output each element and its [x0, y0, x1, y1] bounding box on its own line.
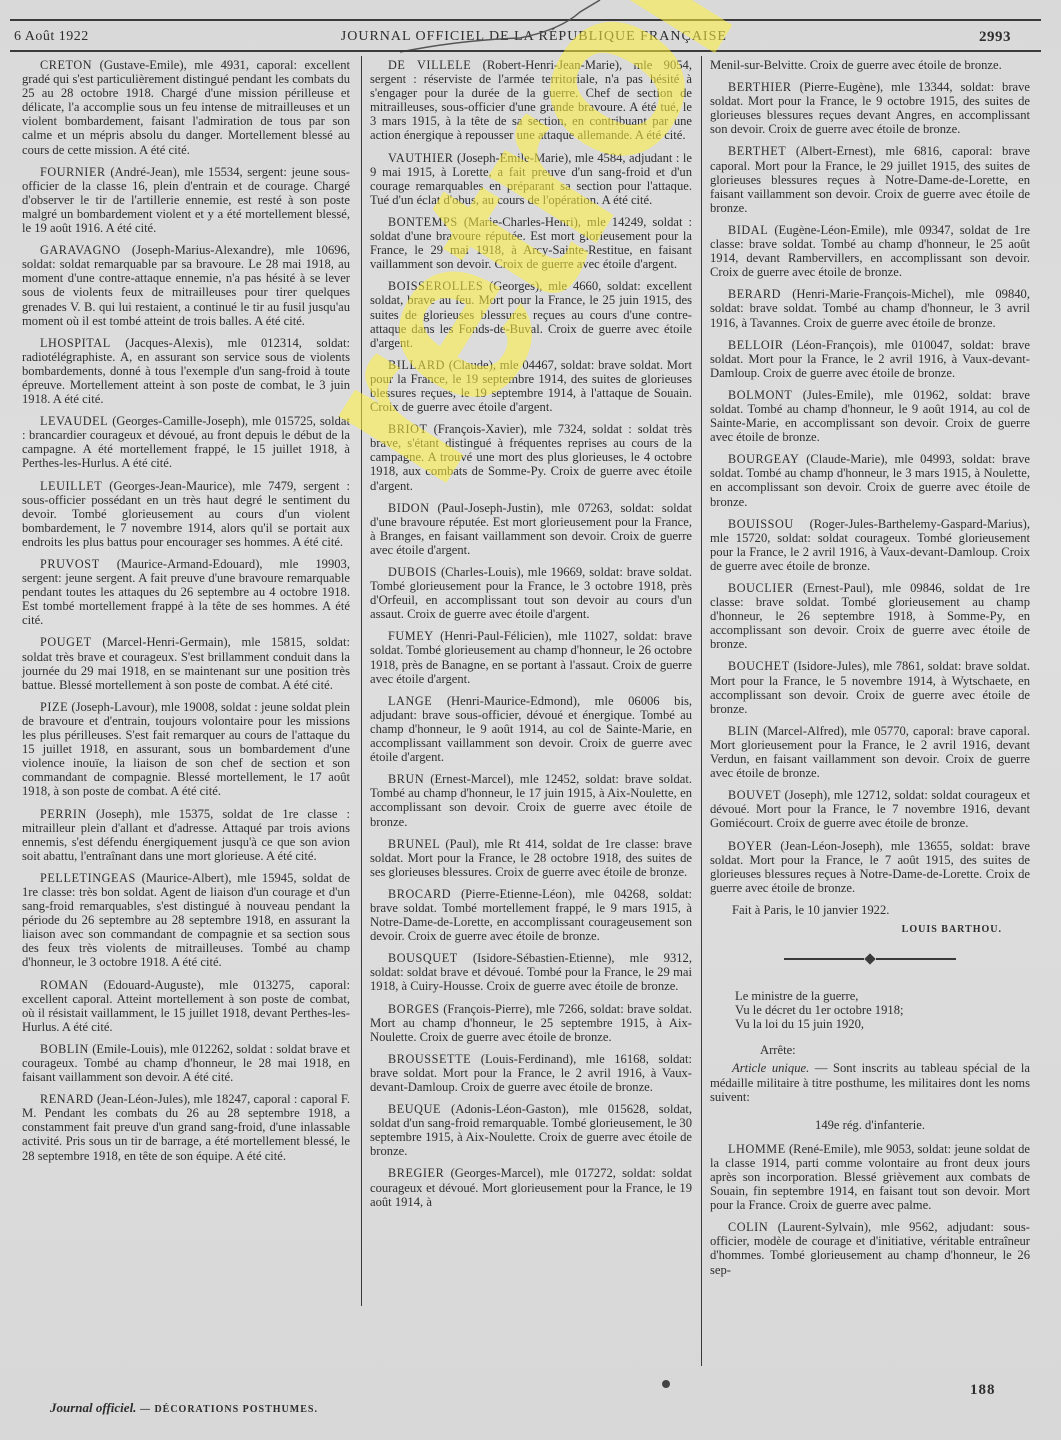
soldier-name: PELLETINGEAS [40, 871, 136, 885]
citation-entry: BIDON (Paul-Joseph-Justin), mle 07263, s… [370, 501, 692, 557]
header-title: Journal officiel de la République frança… [341, 29, 727, 45]
citation-entry: BORGES (François-Pierre), mle 7266, sold… [370, 1002, 692, 1044]
column-divider [701, 56, 702, 1366]
soldier-name: BIDON [388, 501, 430, 515]
citation-entry: BRIOT (François-Xavier), mle 7324, solda… [370, 422, 692, 492]
citation-entry: CRETON (Gustave-Emile), mle 4931, capora… [22, 58, 350, 157]
decree-line: Vu la loi du 15 juin 1920, [710, 1017, 1030, 1031]
article-unique: Article unique. — Sont inscrits au table… [710, 1061, 1030, 1103]
citation-entry: BRUN (Ernest-Marcel), mle 12452, soldat:… [370, 772, 692, 828]
soldier-name: LEVAUDEL [40, 414, 108, 428]
soldier-name: BORGES [388, 1002, 440, 1016]
citation-entry: BIDAL (Eugène-Léon-Emile), mle 09347, so… [710, 223, 1030, 279]
section-ornament [710, 955, 1030, 963]
citation-entry: DE VILLELE (Robert-Henri-Jean-Marie), ml… [370, 58, 692, 143]
column-1: CRETON (Gustave-Emile), mle 4931, capora… [22, 58, 350, 1171]
soldier-name: PIZE [40, 700, 68, 714]
signature: LOUIS BARTHOU. [710, 923, 1002, 937]
soldier-name: CRETON [40, 58, 92, 72]
citation-entry: POUGET (Marcel-Henri-Germain), mle 15815… [22, 635, 350, 691]
citation-entry: DUBOIS (Charles-Louis), mle 19669, solda… [370, 565, 692, 621]
citation-text: (Joseph-Lavour), mle 19008, soldat : jeu… [22, 700, 350, 799]
soldier-name: RENARD [40, 1092, 94, 1106]
citation-entry: BELLOIR (Léon-François), mle 010047, sol… [710, 338, 1030, 380]
soldier-name: BLIN [728, 724, 759, 738]
soldier-name: BERTHET [728, 144, 786, 158]
soldier-name: BOYER [728, 839, 772, 853]
soldier-name: BERARD [728, 287, 781, 301]
article-label: Article unique. [732, 1061, 809, 1075]
soldier-name: GARAVAGNO [40, 243, 121, 257]
citation-entry: BROUSSETTE (Louis-Ferdinand), mle 16168,… [370, 1052, 692, 1094]
citation-entry: BRUNEL (Paul), mle Rt 414, soldat de 1re… [370, 837, 692, 879]
soldier-name: BOUVET [728, 788, 781, 802]
column-3: Menil-sur-Belvitte. Croix de guerre avec… [710, 58, 1030, 1285]
soldier-name: BOLMONT [728, 388, 792, 402]
soldier-name: BRIOT [388, 422, 428, 436]
page-footer: Journal officiel. — DÉCORATIONS POSTHUME… [50, 1400, 318, 1416]
citation-entry: BOUSQUET (Isidore-Sébastien-Etienne), ml… [370, 951, 692, 993]
citation-entry: ROMAN (Edouard-Auguste), mle 013275, cap… [22, 978, 350, 1034]
soldier-name: FUMEY [388, 629, 434, 643]
header-page-number: 2993 [979, 29, 1011, 46]
soldier-name: LANGE [388, 694, 432, 708]
citation-entry: BOISSEROLLES (Georges), mle 4660, soldat… [370, 279, 692, 349]
soldier-name: BOISSEROLLES [388, 279, 483, 293]
soldier-name: BOURGEAY [728, 452, 799, 466]
soldier-name: BROUSSETTE [388, 1052, 471, 1066]
soldier-name: ROMAN [40, 978, 88, 992]
citation-entry: PERRIN (Joseph), mle 15375, soldat de 1r… [22, 807, 350, 863]
ink-dot [662, 1380, 670, 1388]
header-date: 6 Août 1922 [14, 29, 89, 45]
soldier-name: BONTEMPS [388, 215, 458, 229]
arrete-heading: Arrête: [710, 1043, 1030, 1057]
continuation-text: Menil-sur-Belvitte. Croix de guerre avec… [710, 58, 1030, 72]
citation-entry: BILLARD (Claude), mle 04467, soldat: bra… [370, 358, 692, 414]
soldier-name: LEUILLET [40, 479, 102, 493]
citation-entry: BROCARD (Pierre-Etienne-Léon), mle 04268… [370, 887, 692, 943]
soldier-name: BRUN [388, 772, 424, 786]
citation-entry: BREGIER (Georges-Marcel), mle 017272, so… [370, 1166, 692, 1208]
citation-entry: BOURGEAY (Claude-Marie), mle 04993, sold… [710, 452, 1030, 508]
citation-entry: BOYER (Jean-Léon-Joseph), mle 13655, sol… [710, 839, 1030, 895]
page-header: 6 Août 1922 Journal officiel de la Répub… [14, 26, 1011, 48]
soldier-name: BIDAL [728, 223, 768, 237]
citation-entry: BERTHET (Albert-Ernest), mle 6816, capor… [710, 144, 1030, 214]
soldier-name: COLIN [728, 1220, 768, 1234]
soldier-name: BERTHIER [728, 80, 792, 94]
soldier-name: LHOMME [728, 1142, 786, 1156]
citation-entry: BEUQUE (Adonis-Léon-Gaston), mle 015628,… [370, 1102, 692, 1158]
decree-line: Le ministre de la guerre, [710, 989, 1030, 1003]
soldier-name: BOUISSOU [728, 517, 794, 531]
soldier-name: DE VILLELE [388, 58, 471, 72]
sheet-number: 188 [970, 1382, 996, 1399]
soldier-name: BOBLIN [40, 1042, 89, 1056]
citation-entry: COLIN (Laurent-Sylvain), mle 9562, adjud… [710, 1220, 1030, 1276]
soldier-name: BILLARD [388, 358, 445, 372]
column-divider [361, 56, 362, 1306]
soldier-name: POUGET [40, 635, 92, 649]
citation-entry: BOUCHET (Isidore-Jules), mle 7861, solda… [710, 659, 1030, 715]
citation-entry: PIZE (Joseph-Lavour), mle 19008, soldat … [22, 700, 350, 799]
soldier-name: BEUQUE [388, 1102, 441, 1116]
citation-entry: BOLMONT (Jules-Emile), mle 01962, soldat… [710, 388, 1030, 444]
citation-entry: VAUTHIER (Joseph-Emile-Marie), mle 4584,… [370, 151, 692, 207]
citation-entry: BOUISSOU (Roger-Jules-Barthelemy-Gaspard… [710, 517, 1030, 573]
soldier-name: PRUVOST [40, 557, 100, 571]
soldier-name: VAUTHIER [388, 151, 454, 165]
column-2: DE VILLELE (Robert-Henri-Jean-Marie), ml… [370, 58, 692, 1217]
citation-entry: BONTEMPS (Marie-Charles-Henri), mle 1424… [370, 215, 692, 271]
newspaper-page: 6 Août 1922 Journal officiel de la Répub… [0, 0, 1061, 1440]
soldier-name: BOUCHET [728, 659, 790, 673]
soldier-name: BROCARD [388, 887, 451, 901]
citation-entry: LHOMME (René-Emile), mle 9053, soldat: j… [710, 1142, 1030, 1212]
citation-entry: FOURNIER (André-Jean), mle 15534, sergen… [22, 165, 350, 235]
regiment-heading: 149e rég. d'infanterie. [710, 1118, 1030, 1132]
soldier-name: BRUNEL [388, 837, 440, 851]
citation-entry: PRUVOST (Maurice-Armand-Edouard), mle 19… [22, 557, 350, 627]
soldier-name: FOURNIER [40, 165, 106, 179]
soldier-name: LHOSPITAL [40, 336, 111, 350]
soldier-name: DUBOIS [388, 565, 437, 579]
citation-entry: BERTHIER (Pierre-Eugène), mle 13344, sol… [710, 80, 1030, 136]
soldier-name: BOUCLIER [728, 581, 794, 595]
soldier-name: PERRIN [40, 807, 87, 821]
soldier-name: BREGIER [388, 1166, 444, 1180]
citation-entry: BERARD (Henri-Marie-François-Michel), ml… [710, 287, 1030, 329]
citation-entry: GARAVAGNO (Joseph-Marius-Alexandre), mle… [22, 243, 350, 328]
citation-text: (Maurice-Albert), mle 15945, soldat de 1… [22, 871, 350, 970]
soldier-name: BELLOIR [728, 338, 784, 352]
citation-text: (Gustave-Emile), mle 4931, caporal: exce… [22, 58, 350, 157]
footer-section: — DÉCORATIONS POSTHUMES. [136, 1404, 318, 1415]
citation-entry: BOBLIN (Emile-Louis), mle 012262, soldat… [22, 1042, 350, 1084]
header-top-rule [10, 19, 1041, 21]
citation-entry: RENARD (Jean-Léon-Jules), mle 18247, cap… [22, 1092, 350, 1162]
decree-line: Vu le décret du 1er octobre 1918; [710, 1003, 1030, 1017]
citation-entry: BLIN (Marcel-Alfred), mle 05770, caporal… [710, 724, 1030, 780]
citation-entry: BOUVET (Joseph), mle 12712, soldat: sold… [710, 788, 1030, 830]
header-bottom-rule [10, 50, 1041, 52]
citation-entry: LANGE (Henri-Maurice-Edmond), mle 06006 … [370, 694, 692, 764]
signing-date: Fait à Paris, le 10 janvier 1922. [710, 903, 1030, 917]
citation-entry: LEUILLET (Georges-Jean-Maurice), mle 747… [22, 479, 350, 549]
citation-entry: LHOSPITAL (Jacques-Alexis), mle 012314, … [22, 336, 350, 406]
citation-entry: PELLETINGEAS (Maurice-Albert), mle 15945… [22, 871, 350, 970]
soldier-name: BOUSQUET [388, 951, 458, 965]
citation-entry: LEVAUDEL (Georges-Camille-Joseph), mle 0… [22, 414, 350, 470]
citation-entry: BOUCLIER (Ernest-Paul), mle 09846, solda… [710, 581, 1030, 651]
citation-entry: FUMEY (Henri-Paul-Félicien), mle 11027, … [370, 629, 692, 685]
footer-journal: Journal officiel. [50, 1400, 136, 1415]
